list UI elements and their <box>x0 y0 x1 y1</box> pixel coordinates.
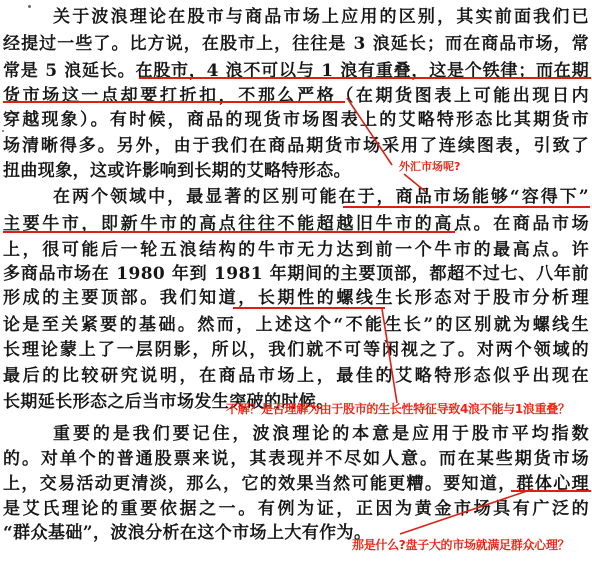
text-line: 重要的是我们要记住，波浪理论的本意是应用于股市平均指数 <box>3 425 589 444</box>
text-line: 扭曲现象，这或许影响到长期的艾略特形态。 <box>3 162 589 181</box>
document-page: 关于波浪理论在股市与商品市场上应用的区别，其实前面我们已 经提过一些了。比方说，… <box>0 0 592 562</box>
text-line: 的。对单个的普通股票来说，其表现并不尽如人意。而在某些期货市场 <box>3 450 589 469</box>
margin-annotation-growth: 不解？是否理解为由于股市的生长性特征导致4浪不能与1浪重叠？ <box>226 403 570 416</box>
text-line: 是艾氏理论的重要依据之一。有例为证，正因为黄金市场具有广泛的 <box>3 500 589 519</box>
red-underline <box>233 307 385 309</box>
red-underline <box>3 101 345 103</box>
text-line: 上，很可能后一轮五浪结构的牛市无力达到前一个牛市的最高点。许 <box>3 241 589 260</box>
margin-annotation-forex: 外汇市场呢? <box>399 161 460 173</box>
red-underline <box>3 231 455 233</box>
text-line: 论是至关紧要的基础。然而，上述这个“不能生长”的区别就为螺线生 <box>3 316 589 335</box>
scan-speck <box>28 5 31 8</box>
text-line: 形成的主要顶部。我们知道，长期性的螺线生长形态对于股市分析理 <box>3 289 589 308</box>
red-underline <box>343 206 590 208</box>
text-line: 关于波浪理论在股市与商品市场上应用的区别，其实前面我们已 <box>3 8 589 27</box>
text-line: 在两个领域中，最显著的区别可能在于，商品市场能够“容得下” <box>3 188 589 207</box>
scan-speck <box>3 43 5 45</box>
text-line: 最后的比较研究说明，在商品市场上，最佳的艾略特形态似乎出现在 <box>3 367 589 386</box>
scan-speck <box>2 130 4 132</box>
text-line: 穿越现象）。有时候，商品的现货市场图表上的艾略特形态比其期货市 <box>3 111 589 130</box>
margin-annotation-crowd: 那是什么?盘子大的市场就满足群众心理？ <box>352 539 569 552</box>
text-line: 长理论蒙上了一层阴影，所以，我们就不可等闲视之了。对两个领域的 <box>3 341 589 360</box>
text-line: 上，交易活动更清淡，那么，它的效果当然可能更糟。要知道，群体心理 <box>3 475 589 494</box>
text-line: 多商品市场在 1980 年到 1981 年期间的主要顶部，都超不过七、八年前 <box>3 265 589 284</box>
text-line: 货市场这一点却要打折扣，不那么严格（在期货图表上可能出现日内 <box>3 87 589 106</box>
text-line: 经提过一些了。比方说，在股市上，往往是 3 浪延长；而在商品市场，常 <box>3 35 589 54</box>
red-underline <box>511 490 591 492</box>
text-line: 场清晰得多。另外，由于我们在商品期货市场采用了连续图表，引致了 <box>3 137 589 156</box>
red-underline <box>139 77 591 79</box>
